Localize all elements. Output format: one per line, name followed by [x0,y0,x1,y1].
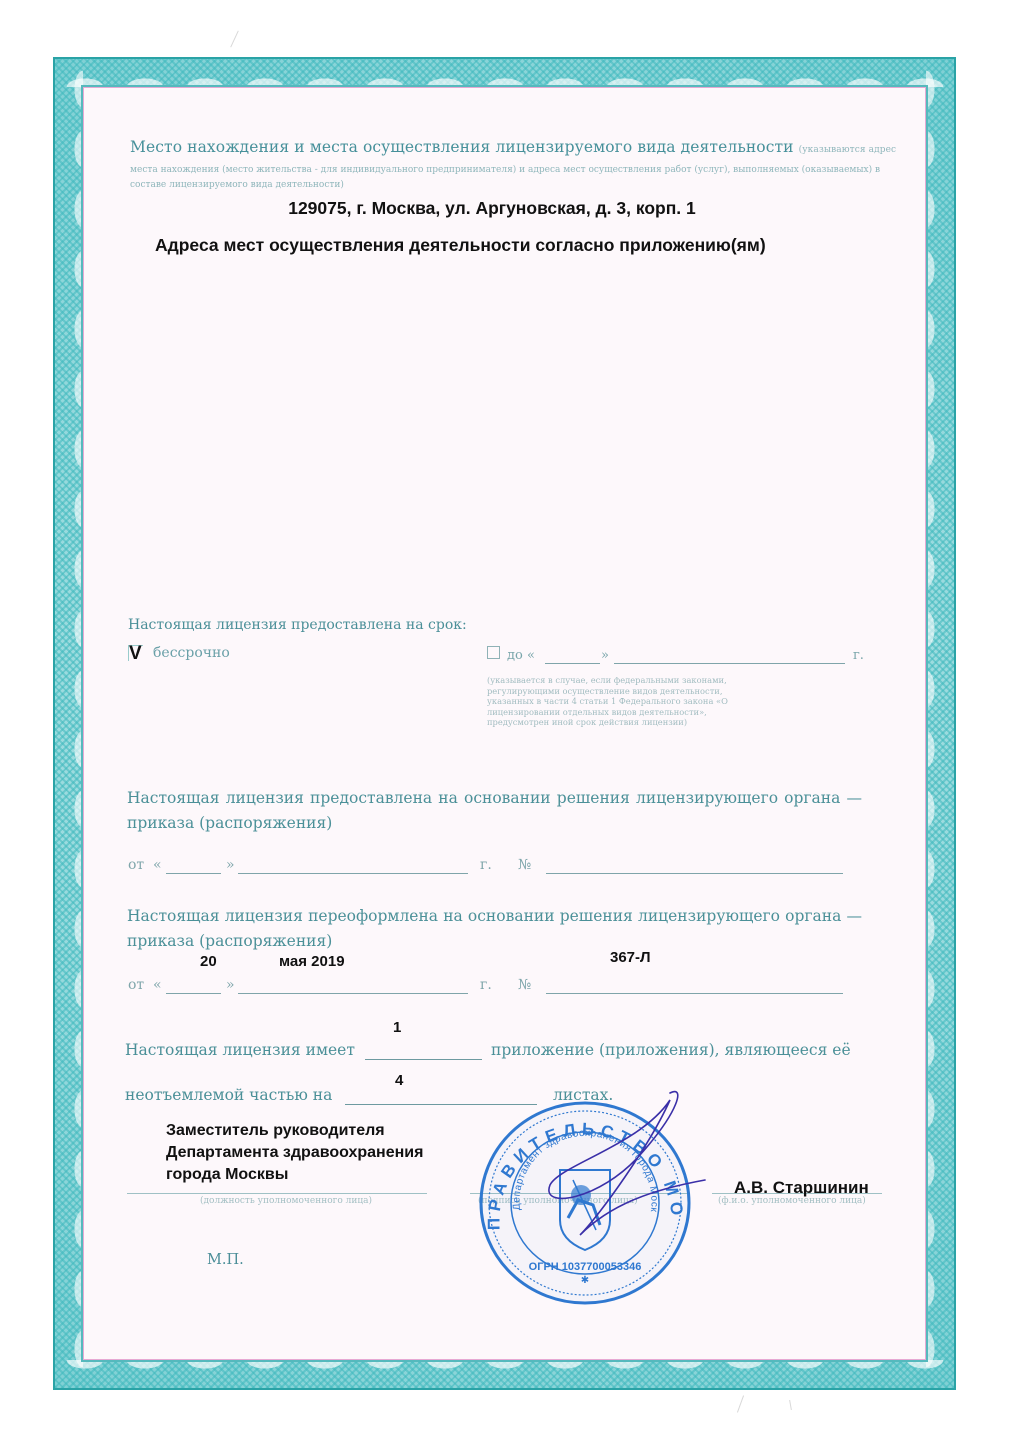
until-note: (указывается в случае, если федеральными… [487,675,747,728]
seal-mark: М.П. [207,1252,244,1268]
until-quote-close: » [601,648,609,663]
place-heading: Место нахождения и места осуществления л… [130,138,896,156]
place-title: Место нахождения и места осуществления л… [130,138,794,156]
annex-prefix: Настоящая лицензия имеет [125,1041,355,1059]
granted-number-field[interactable] [546,873,843,874]
quote-close: » [226,857,235,873]
annex-count-value: 1 [393,1019,401,1036]
granted-month-field[interactable] [238,873,468,874]
border-guilloche-left [55,59,83,1388]
annex-suffix: приложение (приложения), являющееся её [491,1041,851,1059]
stamp-ogrn: ОГРН 1037700053346 [529,1261,642,1273]
stamp-star-icon: ✱ [581,1275,589,1286]
sheets-count-value: 4 [395,1072,403,1089]
paper-mark [789,1400,792,1410]
number-label: № [518,857,531,873]
sheets-prefix: неотъемлемой частью на [125,1086,332,1104]
reissued-day-field[interactable] [166,993,221,994]
activity-addresses: Адреса мест осуществления деятельности с… [155,235,766,256]
quote-open: « [153,857,162,873]
until-checkbox[interactable] [487,646,500,659]
until-year-label: г. [853,648,864,663]
granted-date-row: от « » г. № [128,857,868,879]
term-label: Настоящая лицензия предоставлена на срок… [128,617,467,633]
border-guilloche-bottom [55,1360,954,1388]
address: 129075, г. Москва, ул. Аргуновская, д. 3… [0,198,1024,219]
reissued-month-field[interactable] [238,993,468,994]
border-guilloche-right [926,59,954,1388]
until-date-field[interactable] [614,663,845,664]
from-label: от [128,977,144,993]
reissued-number-value: 367-Л [610,949,651,966]
until-label: до « [507,648,535,663]
reissued-month-year-value: мая 2019 [279,953,345,970]
address-text: 129075, г. Москва, ул. Аргуновская, д. 3… [288,198,696,219]
perpetual-label: бессрочно [153,645,230,661]
signer-name: А.В. Старшинин [734,1178,869,1198]
granted-basis-text: Настоящая лицензия предоставлена на осно… [127,786,862,836]
position-line [127,1193,427,1194]
handwritten-signature [520,1085,710,1255]
paper-mark [737,1395,744,1412]
number-label: № [518,977,531,993]
reissued-day-value: 20 [200,953,217,970]
annex-count-field[interactable] [365,1059,482,1060]
perpetual-checkbox[interactable]: V [128,645,143,661]
border-guilloche-top [55,59,954,87]
signer-position: Заместитель руководителя Департамента зд… [166,1120,446,1186]
granted-day-field[interactable] [166,873,221,874]
year-label: г. [480,977,492,993]
position-caption: (должность уполномоченного лица) [200,1196,372,1206]
paper-mark [230,31,239,48]
place-note: места нахождения (место жительства - для… [130,163,900,193]
quote-open: « [153,977,162,993]
place-note-start: (указываются адрес [799,145,897,155]
year-label: г. [480,857,492,873]
quote-close: » [226,977,235,993]
from-label: от [128,857,144,873]
reissued-date-row: от « 20 » мая 2019 г. № 367-Л [128,977,868,999]
reissued-number-field[interactable] [546,993,843,994]
annex-row: Настоящая лицензия имеет 1 приложение (п… [125,1041,865,1059]
until-day-field[interactable] [545,663,600,664]
reissued-basis-text: Настоящая лицензия переоформлена на осно… [127,904,862,954]
